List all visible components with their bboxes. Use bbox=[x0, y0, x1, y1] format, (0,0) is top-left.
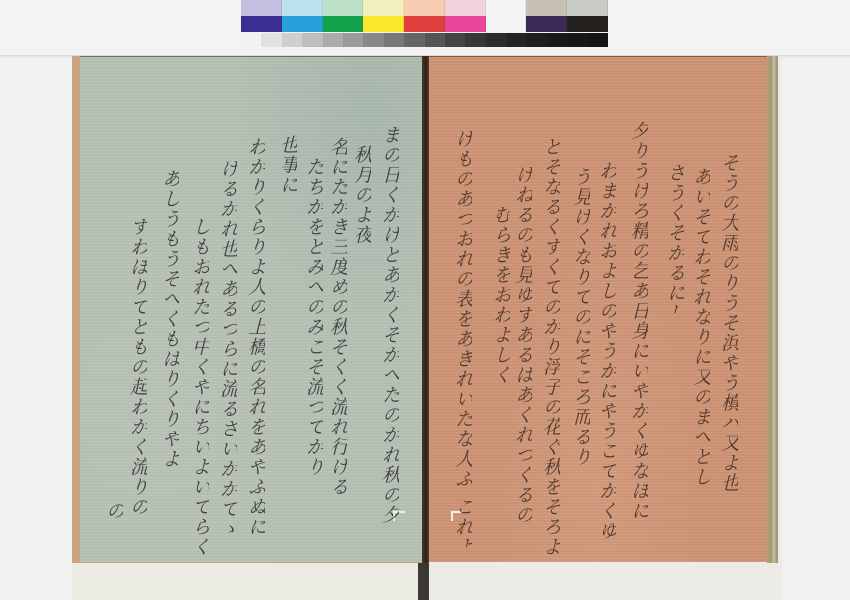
manuscript-column: あしうもうそへくもはりくりやよ bbox=[160, 169, 179, 529]
color-swatch bbox=[261, 33, 281, 47]
color-swatch bbox=[282, 16, 323, 32]
color-swatch bbox=[323, 16, 364, 32]
color-swatch bbox=[282, 0, 323, 16]
bookmark-ribbon bbox=[418, 563, 429, 600]
manuscript-column: わまかれおよしのやうかにやうこてかくゆ bbox=[597, 161, 616, 541]
right-cover-edge bbox=[767, 56, 778, 563]
manuscript-column: 也事に bbox=[278, 135, 297, 195]
book-spine bbox=[422, 56, 429, 563]
color-swatch bbox=[343, 33, 363, 47]
color-swatch bbox=[404, 33, 424, 47]
manuscript-column: たちかをとみへのみこそ流つてかり bbox=[304, 157, 323, 517]
open-book: まの日くかけとあかくそかへたのかれ秋の夕ぐれ秋月のよ夜名にたかき三度めの秋ぞくく… bbox=[72, 56, 782, 600]
color-swatch bbox=[323, 33, 343, 47]
color-swatch bbox=[486, 33, 506, 47]
color-swatch bbox=[323, 0, 364, 16]
left-page: まの日くかけとあかくそかへたのかれ秋の夕ぐれ秋月のよ夜名にたかき三度めの秋ぞくく… bbox=[80, 56, 422, 562]
color-swatch bbox=[588, 33, 608, 47]
manuscript-column: そうの大雨のりうそ浜やう槙ハ又よ也 bbox=[719, 153, 738, 533]
manuscript-column: すわほりてともの起わかく流りの bbox=[128, 217, 147, 537]
manuscript-column: けねるのも見ゆすあるはあくれつくるの bbox=[513, 165, 532, 555]
color-swatch bbox=[363, 0, 404, 16]
color-swatch bbox=[465, 33, 485, 47]
color-swatch bbox=[241, 0, 282, 16]
color-swatch bbox=[302, 33, 322, 47]
manuscript-column: しもおれたつ中くやにちいよいてらく bbox=[190, 217, 209, 557]
color-swatch bbox=[567, 16, 608, 32]
color-swatch bbox=[425, 33, 445, 47]
color-swatch bbox=[486, 16, 527, 32]
manuscript-glyph: の bbox=[104, 501, 123, 525]
color-swatch bbox=[445, 16, 486, 32]
color-swatch bbox=[384, 33, 404, 47]
checker-row-pastel bbox=[241, 0, 608, 16]
color-swatch bbox=[486, 0, 527, 16]
manuscript-column: とそなるくすくてのかり浮子の花ぐ秋をそろよ望に bbox=[541, 137, 560, 557]
color-swatch bbox=[526, 0, 567, 16]
manuscript-column: まの日くかけとあかくそかへたのかれ秋の夕ぐれ bbox=[380, 125, 399, 525]
checker-row-grayscale bbox=[241, 33, 608, 47]
color-swatch bbox=[506, 33, 526, 47]
manuscript-column: 夕りうけろ精の乞あ日身にいやかくゆなほに bbox=[629, 121, 648, 521]
manuscript-column: けるかれ也へあるつらに流るさいかかてゝ bbox=[218, 159, 237, 549]
manuscript-column: わかりくらりよ人の上橋の名れをあやふぬにかつ bbox=[246, 137, 265, 537]
manuscript-column: むらきをおわよしく bbox=[491, 205, 510, 405]
color-swatch bbox=[241, 33, 261, 47]
color-swatch bbox=[282, 33, 302, 47]
color-swatch bbox=[526, 33, 546, 47]
manuscript-column: これよく bbox=[453, 497, 472, 547]
color-swatch bbox=[241, 16, 282, 32]
right-page: そうの大雨のりうそ浜やう槙ハ又よ也あいそてわそれなりに又のまへとしさうくそかるに… bbox=[429, 56, 767, 562]
color-swatch bbox=[445, 33, 465, 47]
color-swatch bbox=[567, 33, 587, 47]
color-swatch bbox=[363, 16, 404, 32]
manuscript-column: けものあつおれの表をあきれいたな人ふ後やうく bbox=[453, 129, 472, 489]
color-calibration-target bbox=[241, 0, 608, 48]
color-swatch bbox=[363, 33, 383, 47]
manuscript-column: さうくそかるにし bbox=[665, 163, 684, 313]
manuscript-column: 名にたかき三度めの秋ぞくく流れ行ける bbox=[328, 137, 347, 517]
checker-row-saturated bbox=[241, 16, 608, 32]
color-swatch bbox=[404, 16, 445, 32]
color-swatch bbox=[567, 0, 608, 16]
manuscript-column: う見けくなりてのにそころ而るり bbox=[571, 167, 590, 527]
color-swatch bbox=[526, 16, 567, 32]
manuscript-column: あいそてわそれなりに又のまへとし bbox=[691, 167, 710, 517]
manuscript-column: 秋月のよ夜 bbox=[352, 145, 371, 255]
color-swatch bbox=[547, 33, 567, 47]
color-swatch bbox=[445, 0, 486, 16]
color-swatch bbox=[404, 0, 445, 16]
